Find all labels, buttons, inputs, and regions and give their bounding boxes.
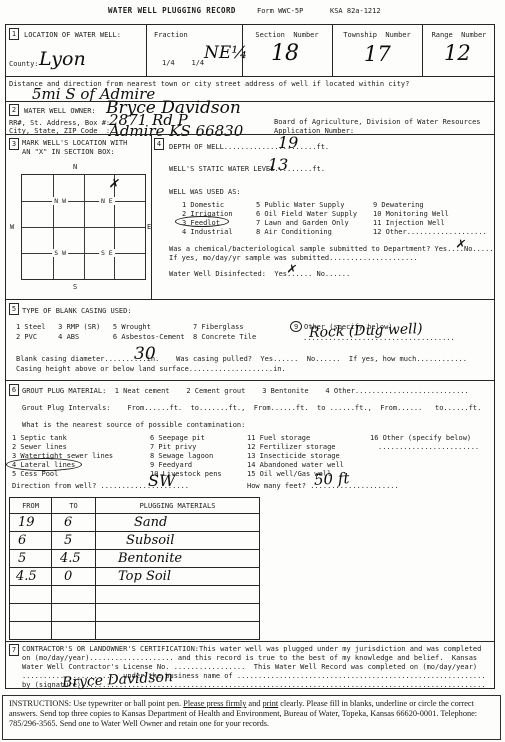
fraction-label: Fraction	[154, 31, 188, 40]
casing-other-number: 9	[294, 323, 298, 332]
table-row	[10, 604, 260, 622]
table-row: 6 5 Subsoil	[10, 532, 260, 550]
disinfected-line: Water Well Disinfected: Yes...... No....…	[169, 270, 350, 279]
use-option: 4 Industrial	[182, 228, 233, 237]
casing-options-row2: 2 PVC 4 ABS 6 Asbestos-Cement 8 Concrete…	[16, 333, 256, 342]
contamination-option: 7 Pit privy	[150, 443, 196, 452]
from-value	[10, 622, 52, 640]
use-option: 12 Other...................	[373, 228, 487, 237]
use-option: 11 Injection Well	[373, 219, 445, 228]
contamination-option: 8 Sewage lagoon	[150, 452, 213, 461]
section-5-title: TYPE OF BLANK CASING USED:	[22, 307, 132, 316]
to-value: 6	[64, 515, 72, 530]
county-value: Lyon	[39, 50, 86, 69]
section-6-title: GROUT PLUG MATERIAL: 1 Neat cement 2 Cem…	[22, 387, 469, 396]
use-option: 6 Oil Field Water Supply	[256, 210, 357, 219]
from-value: 4.5	[16, 569, 37, 584]
well-location-x-mark: ✗	[108, 177, 121, 192]
grid-line	[22, 201, 145, 202]
section-5-casing: 5 TYPE OF BLANK CASING USED: 1 Steel 3 R…	[6, 299, 494, 380]
contamination-option: 5 Cess Pool	[12, 470, 58, 479]
grid-line	[22, 253, 145, 254]
instructions-text: and	[246, 699, 262, 708]
contamination-option: 9 Feedyard	[150, 461, 192, 470]
sample-submitted-question: Was a chemical/bacteriological sample su…	[169, 245, 494, 254]
instructions-text: INSTRUCTIONS: Use typewriter or ball poi…	[9, 699, 183, 708]
to-value: 0	[64, 569, 72, 584]
table-header-row: FROM TO PLUGGING MATERIALS	[10, 498, 260, 514]
compass-north-label: N	[73, 163, 77, 172]
casing-options-row1: 1 Steel 3 RMP (SR) 5 Wrought 7 Fiberglas…	[16, 323, 244, 332]
direction-from-well-value: SW	[148, 473, 175, 489]
range-number-label: Range Number	[422, 31, 496, 40]
section-box-grid: N W N E S W S E ✗	[21, 174, 146, 280]
compass-west-label: W	[10, 223, 14, 232]
contamination-option: 12 Fertilizer storage	[247, 443, 336, 452]
to-value	[52, 622, 96, 640]
feedlot-circle-mark	[175, 216, 229, 227]
use-option: 5 Public Water Supply	[256, 201, 345, 210]
use-option: 8 Air Conditioning	[256, 228, 332, 237]
section-7-certification: 7 CONTRACTOR'S OR LANDOWNER'S CERTIFICAT…	[6, 641, 494, 690]
section-7-number: 7	[9, 644, 19, 656]
certification-line: Water Well Contractor's License No. ....…	[22, 663, 477, 672]
plugging-materials-header: PLUGGING MATERIALS	[96, 498, 260, 514]
use-option: 10 Monitoring Well	[373, 210, 449, 219]
grid-se-label: S E	[99, 249, 115, 257]
certification-line: on (mo/day/year).................... and…	[22, 654, 477, 663]
grout-plug-intervals-line: Grout Plug Intervals: From......ft. to..…	[22, 404, 481, 413]
owner-label: WATER WELL OWNER:	[24, 107, 96, 116]
section-6-grout: 6 GROUT PLUG MATERIAL: 1 Neat cement 2 C…	[6, 380, 494, 641]
contamination-option: 16 Other (specify below)	[370, 434, 471, 443]
section-1-title: LOCATION OF WATER WELL:	[24, 31, 121, 40]
divider	[146, 25, 147, 76]
use-option: 7 Lawn and Garden Only	[256, 219, 349, 228]
static-water-level-value: 13	[268, 157, 288, 173]
material-value: Sand	[134, 515, 167, 530]
casing-other-value: Rock (Dug well)	[309, 322, 423, 340]
statute-number: KSA 82a-1212	[330, 7, 381, 16]
township-number-label: Township Number	[332, 31, 422, 40]
contamination-option: 13 Insecticide storage	[247, 452, 340, 461]
section-3-title-line1: MARK WELL'S LOCATION WITH	[22, 139, 127, 148]
from-header: FROM	[10, 498, 52, 514]
use-option: 1 Domestic	[182, 201, 224, 210]
to-value: 4.5	[60, 551, 81, 566]
compass-south-label: S	[73, 283, 77, 292]
contamination-question: What is the nearest source of possible c…	[22, 421, 245, 430]
contamination-option: 11 Fuel storage	[247, 434, 310, 443]
casing-height-line: Casing height above or below land surfac…	[16, 365, 286, 374]
distance-row: Distance and direction from nearest town…	[6, 76, 494, 101]
section-6-number: 6	[9, 384, 19, 396]
table-row	[10, 586, 260, 604]
water-well-plugging-record-form: WATER WELL PLUGGING RECORD Form WWC-5P K…	[0, 0, 505, 742]
instructions-underlined: Please press firmly	[183, 699, 246, 708]
material-value: Top Soil	[118, 569, 171, 584]
how-many-feet-value: 50 ft	[314, 471, 350, 488]
contamination-option: 14 Abandoned water well	[247, 461, 344, 470]
use-option: 9 Dewatering	[373, 201, 424, 210]
contamination-option: 6 Seepage pit	[150, 434, 205, 443]
depth-value: 19	[278, 135, 298, 151]
section-1-location: 1 LOCATION OF WATER WELL: County: Lyon F…	[6, 25, 494, 76]
to-value	[52, 586, 96, 604]
table-row: 19 6 Sand	[10, 514, 260, 532]
material-value: Subsoil	[126, 533, 174, 548]
section-3-title-line2: AN "X" IN SECTION BOX:	[22, 148, 115, 157]
from-value	[10, 586, 52, 604]
from-value: 6	[18, 533, 26, 548]
section-2-number: 2	[9, 104, 19, 116]
to-value	[52, 604, 96, 622]
fraction-printed: 1/4 1/4	[162, 59, 204, 68]
plugging-materials-table: FROM TO PLUGGING MATERIALS 19 6 Sand 6 5…	[9, 497, 260, 640]
lateral-lines-circle-mark	[6, 458, 82, 471]
section-4-number: 4	[154, 138, 164, 150]
from-value: 5	[18, 551, 26, 566]
compass-east-label: E	[147, 223, 151, 232]
divider	[151, 135, 152, 299]
contamination-option: 2 Sewer lines	[12, 443, 67, 452]
contamination-other-dots: ........................	[378, 443, 479, 452]
from-value: 19	[18, 515, 35, 530]
material-value: Bentonite	[118, 551, 182, 566]
table-row: 5 4.5 Bentonite	[10, 550, 260, 568]
table-row	[10, 622, 260, 640]
to-value: 5	[64, 533, 72, 548]
section-5-number: 5	[9, 303, 19, 315]
grid-sw-label: S W	[52, 249, 68, 257]
board-of-agriculture-label: Board of Agriculture, Division of Water …	[274, 118, 481, 127]
section-1-number: 1	[9, 28, 19, 40]
county-label: County:	[9, 60, 39, 69]
table-row: 4.5 0 Top Soil	[10, 568, 260, 586]
grid-line	[22, 227, 145, 228]
township-number-value: 17	[364, 44, 391, 65]
casing-diameter-line: Blank casing diameter..........in. Was c…	[16, 355, 467, 364]
instructions-underlined: print	[263, 699, 279, 708]
section-3-4-row: 3 MARK WELL'S LOCATION WITH AN "X" IN SE…	[6, 134, 494, 299]
form-number: Form WWC-5P	[257, 7, 303, 16]
material-value	[96, 586, 260, 604]
static-water-level-line: WELL'S STATIC WATER LEVEL.........ft.	[169, 165, 325, 174]
form-title: WATER WELL PLUGGING RECORD	[108, 6, 236, 15]
material-value	[96, 622, 260, 640]
fraction-value: NE¼	[204, 45, 248, 62]
depth-of-well-line: DEPTH OF WELL......................ft.	[169, 143, 329, 152]
section-number-value: 18	[271, 43, 299, 65]
well-used-as-label: WELL WAS USED AS:	[169, 188, 241, 197]
section-number-label: Section Number	[242, 31, 332, 40]
certification-line: CONTRACTOR'S OR LANDOWNER'S CERTIFICATIO…	[22, 645, 481, 654]
to-header: TO	[52, 498, 96, 514]
grid-ne-label: N E	[99, 197, 115, 205]
section-3-number: 3	[9, 138, 19, 150]
form-body: 1 LOCATION OF WATER WELL: County: Lyon F…	[5, 24, 495, 689]
sample-no-x-mark: ✗	[455, 237, 467, 251]
instructions-box: INSTRUCTIONS: Use typewriter or ball poi…	[2, 695, 501, 740]
section-2-owner: 2 WATER WELL OWNER: Bryce Davidson RR#, …	[6, 101, 494, 134]
from-value	[10, 604, 52, 622]
material-value	[96, 604, 260, 622]
contamination-option: 1 Septic tank	[12, 434, 67, 443]
range-number-value: 12	[444, 43, 471, 64]
grid-nw-label: N W	[52, 197, 68, 205]
disinfected-yes-x-mark: ✗	[286, 262, 298, 276]
casing-diameter-value: 30	[134, 346, 156, 363]
